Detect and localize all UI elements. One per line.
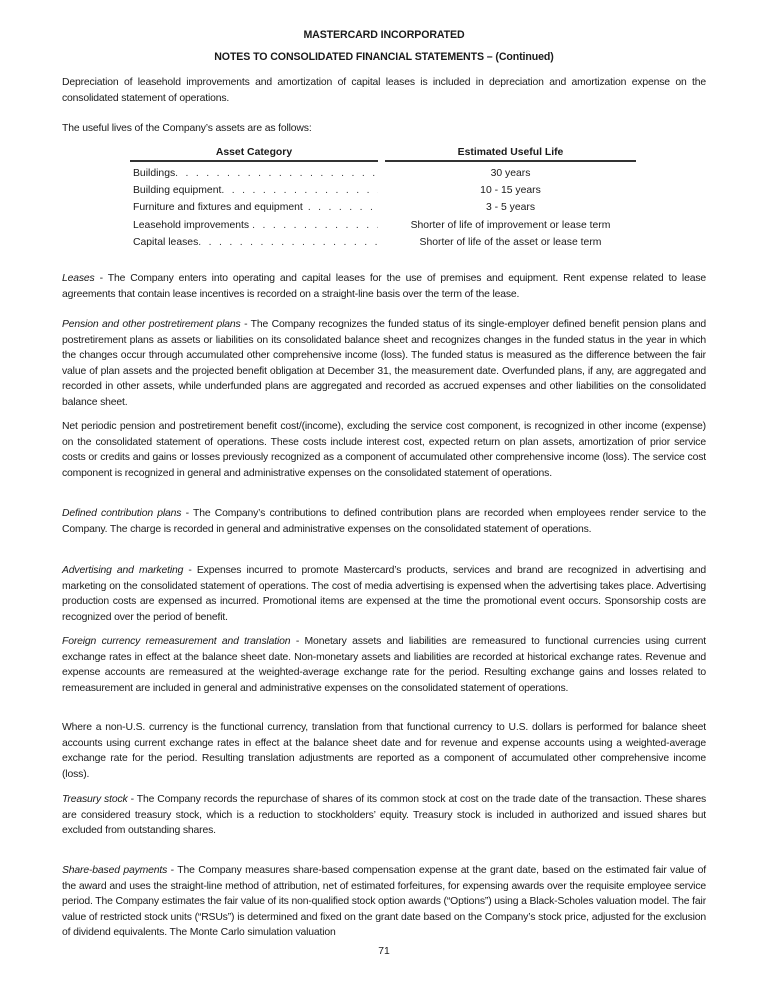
asset-category: Capital leases bbox=[130, 234, 198, 251]
table-row: Leasehold improvements. . . . . . . . . … bbox=[130, 217, 636, 234]
policy-text: - The Company measures share-based compe… bbox=[62, 865, 706, 938]
dot-leader: . . . . . . . . . . . . . . . . . . . . … bbox=[249, 217, 378, 234]
policy-title: Treasury stock bbox=[62, 794, 128, 805]
useful-life: Shorter of life of the asset or lease te… bbox=[385, 234, 636, 251]
useful-life: 30 years bbox=[385, 165, 636, 182]
dot-leader: . . . . . . . . . . . . . . . . . . . . … bbox=[198, 234, 378, 251]
policy-title: Advertising and marketing bbox=[62, 565, 183, 576]
column-header-estimated-useful-life: Estimated Useful Life bbox=[385, 146, 636, 162]
useful-lives-intro: The useful lives of the Company’s assets… bbox=[62, 121, 706, 137]
useful-life: Shorter of life of improvement or lease … bbox=[385, 217, 636, 234]
policy-paragraph-advertising: Advertising and marketing - Expenses inc… bbox=[62, 563, 706, 625]
policy-paragraph-leases: Leases - The Company enters into operati… bbox=[62, 271, 706, 302]
table-row: Buildings. . . . . . . . . . . . . . . .… bbox=[130, 165, 636, 182]
policy-paragraph-foreign-currency: Foreign currency remeasurement and trans… bbox=[62, 634, 706, 696]
policy-text: - The Company recognizes the funded stat… bbox=[62, 319, 706, 408]
policy-paragraph-pension: Pension and other postretirement plans -… bbox=[62, 317, 706, 411]
policy-title: Foreign currency remeasurement and trans… bbox=[62, 636, 290, 647]
policy-text: - The Company enters into operating and … bbox=[62, 273, 706, 300]
asset-category: Buildings bbox=[130, 165, 175, 182]
table-row: Capital leases. . . . . . . . . . . . . … bbox=[130, 234, 636, 251]
section-heading: NOTES TO CONSOLIDATED FINANCIAL STATEMEN… bbox=[0, 51, 768, 63]
asset-useful-life-table: Asset Category Estimated Useful Life Bui… bbox=[130, 146, 636, 251]
policy-paragraph-net-periodic-cost: Net periodic pension and postretirement … bbox=[62, 419, 706, 481]
depreciation-paragraph: Depreciation of leasehold improvements a… bbox=[62, 75, 706, 106]
dot-leader: . . . . . . . . . . . . . . . . . . . . … bbox=[221, 182, 378, 199]
table-row: Furniture and fixtures and equipment. . … bbox=[130, 199, 636, 216]
dot-leader: . . . . . . . . . . . . . . . . . . . . … bbox=[303, 199, 378, 216]
page-number: 71 bbox=[0, 946, 768, 957]
policy-paragraph-defined-contribution: Defined contribution plans - The Company… bbox=[62, 506, 706, 537]
policy-text: - The Company records the repurchase of … bbox=[62, 794, 706, 836]
company-heading: MASTERCARD INCORPORATED bbox=[0, 29, 768, 41]
policy-title: Share-based payments bbox=[62, 865, 167, 876]
policy-paragraph-treasury-stock: Treasury stock - The Company records the… bbox=[62, 792, 706, 839]
asset-category: Building equipment bbox=[130, 182, 221, 199]
table-row: Building equipment. . . . . . . . . . . … bbox=[130, 182, 636, 199]
policy-paragraph-translation: Where a non-U.S. currency is the functio… bbox=[62, 720, 706, 782]
useful-life: 3 - 5 years bbox=[385, 199, 636, 216]
document-page: MASTERCARD INCORPORATED NOTES TO CONSOLI… bbox=[0, 0, 768, 993]
policy-text: Where a non-U.S. currency is the functio… bbox=[62, 722, 706, 780]
policy-title: Defined contribution plans bbox=[62, 508, 181, 519]
column-header-asset-category: Asset Category bbox=[130, 146, 378, 162]
policy-text: Net periodic pension and postretirement … bbox=[62, 421, 706, 479]
useful-life: 10 - 15 years bbox=[385, 182, 636, 199]
dot-leader: . . . . . . . . . . . . . . . . . . . . … bbox=[175, 165, 378, 182]
policy-paragraph-share-based-payments: Share-based payments - The Company measu… bbox=[62, 863, 706, 941]
policy-title: Leases bbox=[62, 273, 95, 284]
table-header: Asset Category Estimated Useful Life bbox=[130, 146, 636, 162]
asset-category: Leasehold improvements bbox=[130, 217, 249, 234]
asset-category: Furniture and fixtures and equipment bbox=[130, 199, 303, 216]
policy-title: Pension and other postretirement plans bbox=[62, 319, 241, 330]
